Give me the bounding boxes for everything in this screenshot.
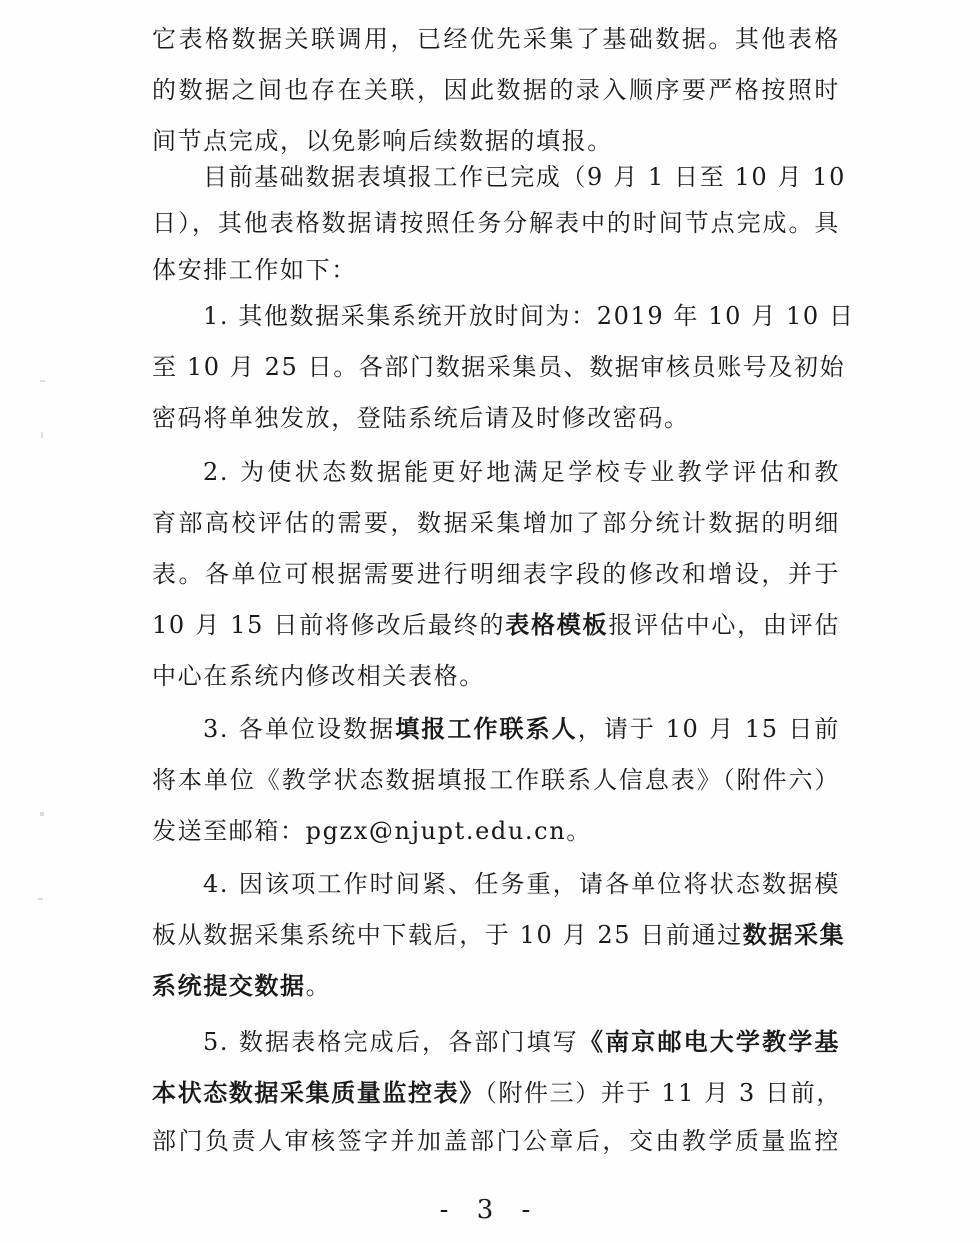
text-segment: 4. 因该项工作时间紧、任务重，请各单位将状态数据模 bbox=[203, 870, 840, 898]
text-line: 密码将单独发放，登陆系统后请及时修改密码。 bbox=[152, 401, 840, 435]
text-segment: ，请于 10 月 15 日前 bbox=[578, 715, 840, 743]
text-segment: 的数据之间也存在关联，因此数据的录入顺序要严格按照时 bbox=[152, 76, 840, 104]
text-segment: 密码将单独发放，登陆系统后请及时修改密码。 bbox=[152, 404, 690, 432]
text-line: 的数据之间也存在关联，因此数据的录入顺序要严格按照时 bbox=[152, 73, 840, 107]
text-line: 部门负责人审核签字并加盖部门公章后，交由教学质量监控 bbox=[152, 1124, 840, 1158]
text-segment: 10 月 15 日前将修改后最终的 bbox=[152, 611, 505, 639]
text-segment: 5. 数据表格完成后，各部门填写 bbox=[203, 1028, 579, 1056]
scan-speck bbox=[40, 380, 45, 382]
text-segment: 日），其他表格数据请按照任务分解表中的时间节点完成。具 bbox=[152, 209, 840, 237]
text-line: 日），其他表格数据请按照任务分解表中的时间节点完成。具 bbox=[152, 206, 840, 240]
text-line: 本状态数据采集质量监控表》（附件三）并于 11 月 3 日前， bbox=[152, 1076, 840, 1110]
text-segment: 目前基础数据表填报工作已完成（9 月 1 日至 10 月 10 bbox=[203, 163, 846, 191]
text-line: 间节点完成，以免影响后续数据的填报。 bbox=[152, 124, 840, 158]
text-segment: 体安排工作如下： bbox=[152, 256, 357, 284]
bold-text-segment: 填报工作联系人 bbox=[395, 714, 578, 743]
text-segment: （附件三）并于 11 月 3 日前， bbox=[485, 1079, 842, 1107]
list-item-5-line: 5. 数据表格完成后，各部门填写《南京邮电大学教学基 bbox=[203, 1025, 840, 1059]
text-line: 板从数据采集系统中下载后，于 10 月 25 日前通过数据采集 bbox=[152, 918, 840, 952]
list-item-1-line: 1. 其他数据采集系统开放时间为：2019 年 10 月 10 日 bbox=[203, 299, 840, 333]
bold-text-segment: 表格模板 bbox=[505, 610, 608, 639]
text-line: 表。各单位可根据需要进行明细表字段的修改和增设，并于 bbox=[152, 557, 840, 591]
text-segment: 3. 各单位设数据 bbox=[203, 715, 395, 743]
scan-speck bbox=[38, 898, 43, 900]
text-segment: 中心在系统内修改相关表格。 bbox=[152, 662, 485, 690]
text-line: 将本单位《教学状态数据填报工作联系人信息表》（附件六） bbox=[152, 763, 840, 797]
list-item-2-line: 2. 为使状态数据能更好地满足学校专业教学评估和教 bbox=[203, 455, 840, 489]
bold-text-segment: 系统提交数据 bbox=[152, 971, 306, 1000]
bold-text-segment: 本状态数据采集质量监控表》 bbox=[152, 1078, 485, 1107]
scan-speck bbox=[41, 432, 43, 438]
bold-text-segment: 数据采集 bbox=[743, 920, 845, 949]
text-line: 体安排工作如下： bbox=[152, 253, 840, 287]
text-segment: 报评估中心，由评估 bbox=[608, 611, 840, 639]
text-segment: 间节点完成，以免影响后续数据的填报。 bbox=[152, 127, 613, 155]
text-line: 目前基础数据表填报工作已完成（9 月 1 日至 10 月 10 bbox=[203, 160, 840, 194]
text-line: 10 月 15 日前将修改后最终的表格模板报评估中心，由评估 bbox=[152, 608, 840, 642]
page-number: - 3 - bbox=[0, 1193, 980, 1227]
bold-text-segment: 《南京邮电大学教学基 bbox=[579, 1027, 840, 1056]
scan-speck bbox=[40, 812, 44, 816]
text-segment: 发送至邮箱：pgzx@njupt.edu.cn。 bbox=[152, 817, 592, 845]
text-segment: 将本单位《教学状态数据填报工作联系人信息表》（附件六） bbox=[152, 766, 840, 794]
text-segment: 。 bbox=[306, 972, 332, 1000]
text-line: 中心在系统内修改相关表格。 bbox=[152, 659, 840, 693]
email-line: 发送至邮箱：pgzx@njupt.edu.cn。 bbox=[152, 814, 840, 848]
text-line: 它表格数据关联调用，已经优先采集了基础数据。其他表格 bbox=[152, 22, 840, 56]
text-segment: 至 10 月 25 日。各部门数据采集员、数据审核员账号及初始 bbox=[152, 353, 845, 381]
text-segment: 2. 为使状态数据能更好地满足学校专业教学评估和教 bbox=[203, 458, 840, 486]
text-segment: 它表格数据关联调用，已经优先采集了基础数据。其他表格 bbox=[152, 25, 840, 53]
text-line: 至 10 月 25 日。各部门数据采集员、数据审核员账号及初始 bbox=[152, 350, 840, 384]
text-line: 育部高校评估的需要，数据采集增加了部分统计数据的明细 bbox=[152, 506, 840, 540]
document-page: 它表格数据关联调用，已经优先采集了基础数据。其他表格 的数据之间也存在关联，因此… bbox=[0, 0, 980, 1243]
text-line: 系统提交数据。 bbox=[152, 969, 840, 1003]
text-segment: 部门负责人审核签字并加盖部门公章后，交由教学质量监控 bbox=[152, 1127, 840, 1155]
text-segment: 板从数据采集系统中下载后，于 10 月 25 日前通过 bbox=[152, 921, 743, 949]
text-segment: 育部高校评估的需要，数据采集增加了部分统计数据的明细 bbox=[152, 509, 840, 537]
text-segment: 表。各单位可根据需要进行明细表字段的修改和增设，并于 bbox=[152, 560, 840, 588]
text-segment: 1. 其他数据采集系统开放时间为：2019 年 10 月 10 日 bbox=[203, 302, 855, 330]
list-item-4-line: 4. 因该项工作时间紧、任务重，请各单位将状态数据模 bbox=[203, 867, 840, 901]
list-item-3-line: 3. 各单位设数据填报工作联系人，请于 10 月 15 日前 bbox=[203, 712, 840, 746]
